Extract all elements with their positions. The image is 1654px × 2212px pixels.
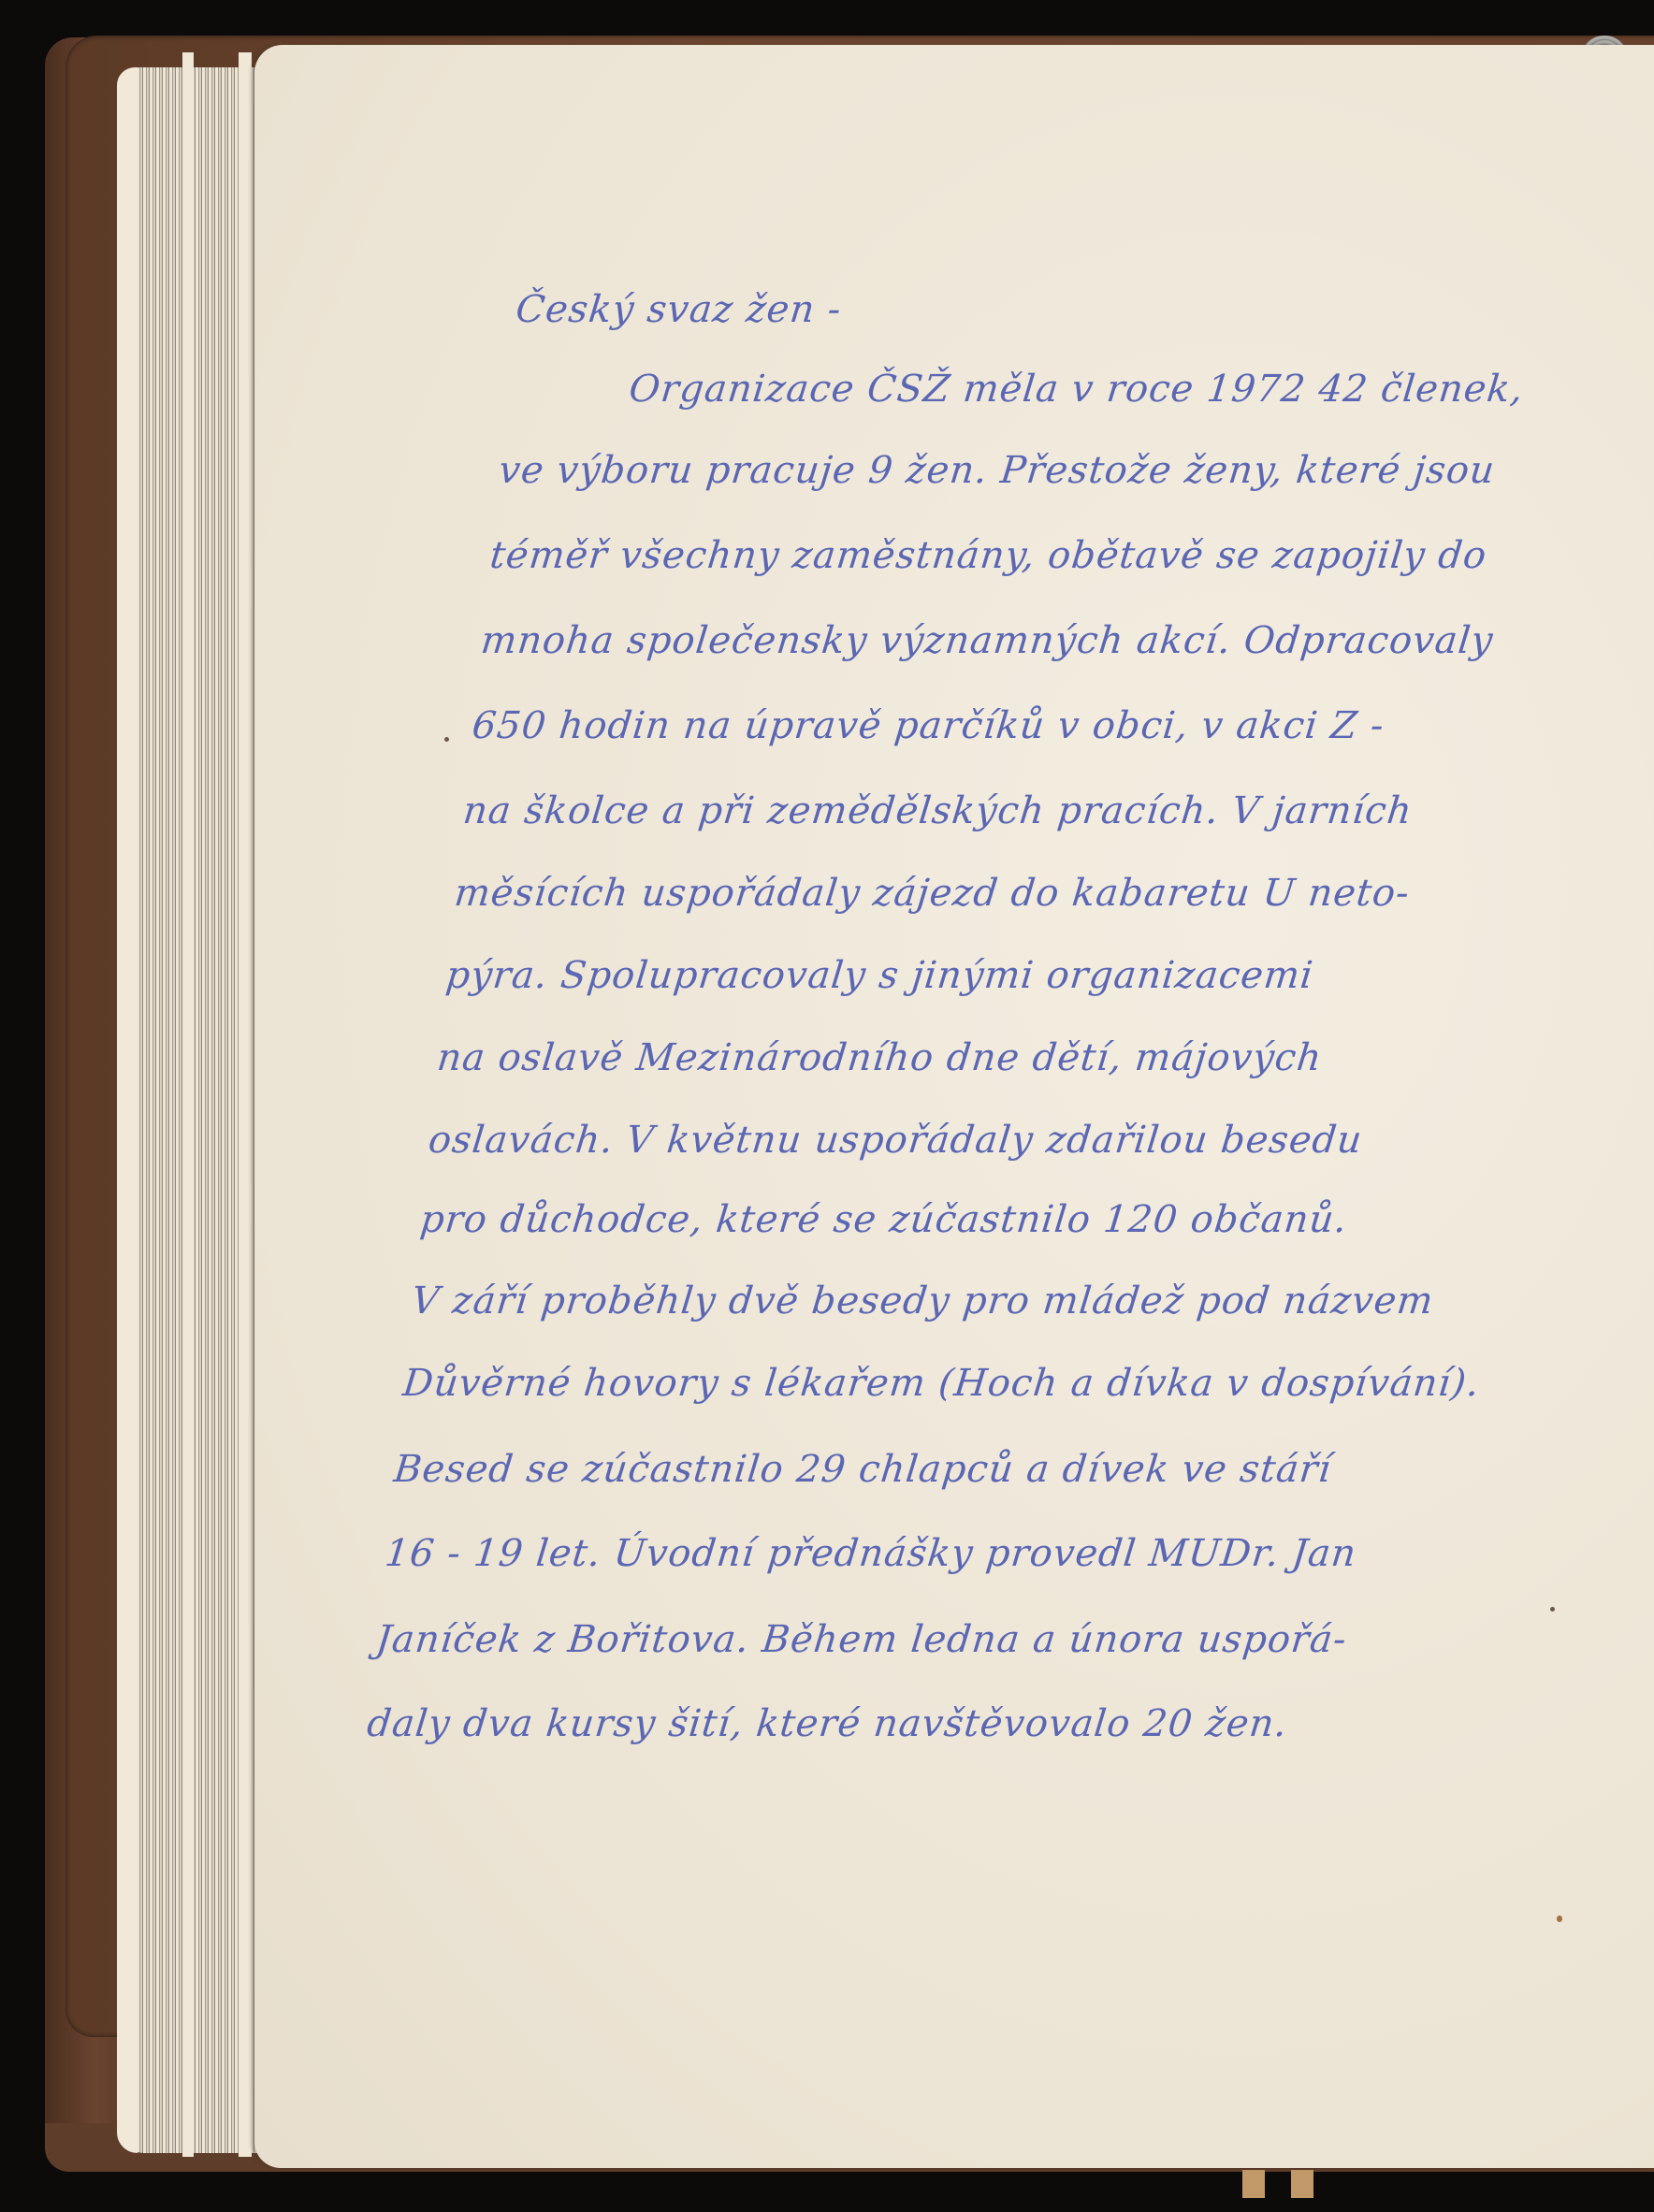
text-line: 16 - 19 let. Úvodní přednášky provedl MU…	[383, 1532, 1358, 1575]
handwritten-page: Český svaz žen - Organizace ČSŽ měla v r…	[254, 45, 1654, 2168]
text-line: daly dva kursy šití, které navštěvovalo …	[365, 1702, 1289, 1745]
text-line: mnoha společensky významných akcí. Odpra…	[479, 619, 1496, 662]
text-line: 650 hodin na úpravě parčíků v obci, v ak…	[470, 704, 1386, 747]
text-line: Organizace ČSŽ měla v roce 1972 42 člene…	[627, 368, 1526, 411]
paper-speck	[1550, 1607, 1555, 1612]
page-stack-band	[239, 52, 252, 2157]
text-line: měsících uspořádaly zájezd do kabaretu U…	[453, 872, 1413, 915]
text-line: na oslavě Mezinárodního dne dětí, májový…	[435, 1036, 1324, 1079]
bookmark-tab	[1291, 2170, 1313, 2198]
text-line: V září proběhly dvě besedy pro mládež po…	[410, 1279, 1436, 1323]
text-line: Důvěrné hovory s lékařem (Hoch a dívka v…	[401, 1362, 1482, 1405]
text-line: oslavách. V květnu uspořádaly zdařilou b…	[427, 1119, 1365, 1162]
text-line: pro důchodce, které se zúčastnilo 120 ob…	[418, 1198, 1350, 1241]
text-line: pýra. Spolupracovaly s jinými organizace…	[443, 954, 1315, 997]
section-heading: Český svaz žen -	[514, 288, 844, 331]
text-line: na školce a při zemědělských pracích. V …	[461, 789, 1415, 832]
text-line: téměř všechny zaměstnány, obětavě se zap…	[488, 534, 1489, 577]
text-line: Besed se zúčastnilo 29 chlapců a dívek v…	[392, 1448, 1334, 1491]
text-line: ve výboru pracuje 9 žen. Přestože ženy, …	[497, 449, 1497, 492]
page-stack-band	[182, 52, 194, 2157]
paper-speck	[1557, 1916, 1562, 1922]
page-stack-front	[117, 67, 138, 2153]
paper-speck	[444, 737, 449, 742]
text-line: Janíček z Bořitova. Během ledna a února …	[374, 1618, 1349, 1661]
bookmark-tab	[1242, 2170, 1265, 2198]
